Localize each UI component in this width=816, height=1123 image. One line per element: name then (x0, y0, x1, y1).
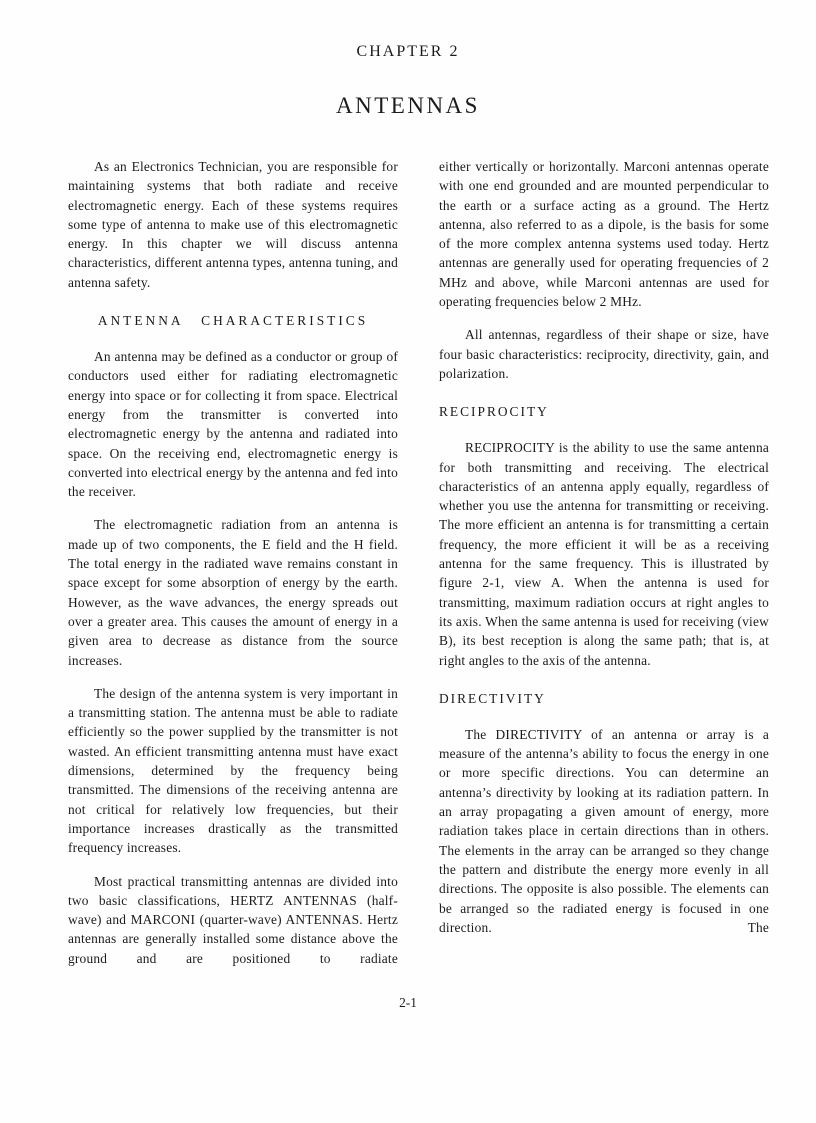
paragraph-directivity: The DIRECTIVITY of an antenna or array i… (439, 725, 769, 937)
section-heading-reciprocity: RECIPROCITY (439, 402, 769, 421)
paragraph-antenna-definition: An antenna may be defined as a conductor… (68, 347, 398, 501)
paragraph-electromagnetic-radiation: The electromagnetic radiation from an an… (68, 515, 398, 669)
paragraph-reciprocity: RECIPROCITY is the ability to use the sa… (439, 438, 769, 670)
paragraph-antenna-classifications: Most practical transmitting antennas are… (68, 872, 398, 968)
paragraph-four-characteristics: All antennas, regardless of their shape … (439, 325, 769, 383)
paragraph-antenna-design: The design of the antenna system is very… (68, 684, 398, 858)
page-title: ANTENNAS (0, 93, 816, 119)
document-page: CHAPTER 2 ANTENNAS As an Electronics Tec… (0, 0, 816, 1123)
left-column: As an Electronics Technician, you are re… (68, 157, 398, 982)
section-heading-directivity: DIRECTIVITY (439, 689, 769, 708)
document-header: CHAPTER 2 ANTENNAS (0, 0, 816, 119)
paragraph-intro: As an Electronics Technician, you are re… (68, 157, 398, 292)
section-heading-antenna-characteristics: ANTENNA CHARACTERISTICS (68, 311, 398, 330)
chapter-label: CHAPTER 2 (0, 42, 816, 62)
paragraph-antenna-classifications-continued: either vertically or horizontally. Marco… (439, 157, 769, 311)
two-column-layout: As an Electronics Technician, you are re… (68, 157, 816, 982)
right-column: either vertically or horizontally. Marco… (439, 157, 769, 982)
page-number: 2-1 (0, 995, 816, 1011)
